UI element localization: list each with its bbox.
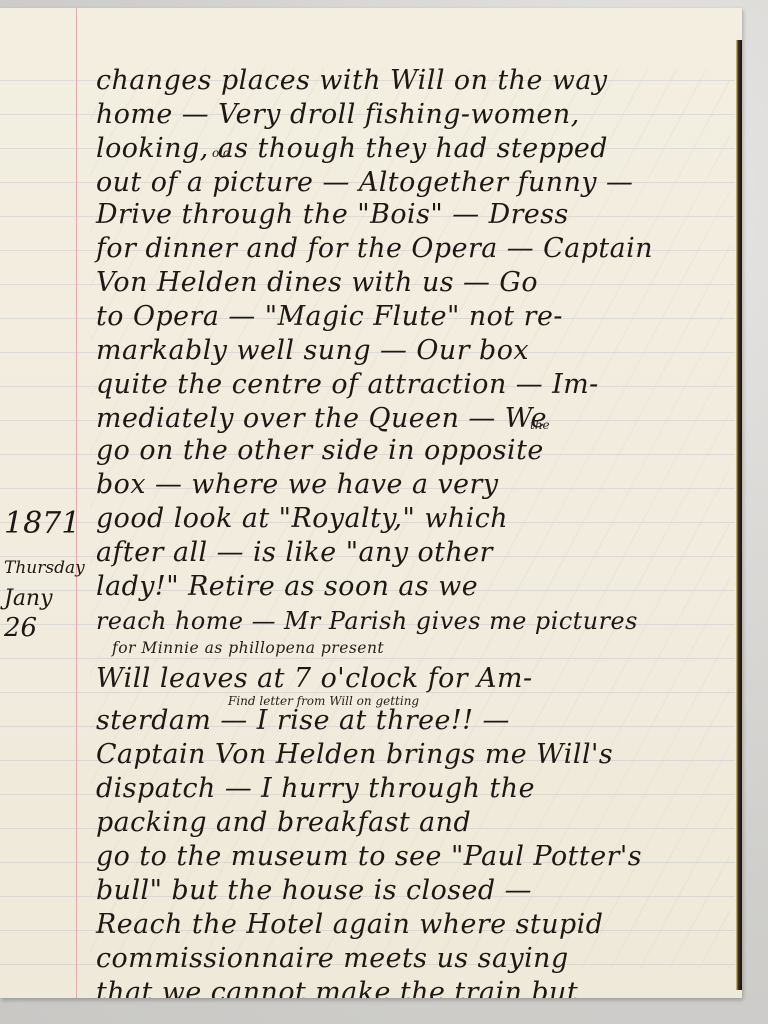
text-line: Captain Von Helden brings me Will's <box>96 738 732 772</box>
text-line: after all — is like "any other <box>96 536 732 570</box>
text-line: Reach the Hotel again where stupid <box>96 908 732 942</box>
text-line: for dinner and for the Opera — Captain <box>96 232 732 266</box>
text-line: to Opera — "Magic Flute" not re- <box>96 300 732 334</box>
text-line: go to the museum to see "Paul Potter's <box>96 840 732 874</box>
text-line: mediately over the Queen — We <box>96 402 732 436</box>
text-line: go on the other side in opposite <box>96 434 732 468</box>
margin-month: Jany <box>4 586 53 611</box>
interlinear-insert: old <box>212 146 231 160</box>
page-edge <box>736 40 742 990</box>
text-line: reach home — Mr Parish gives me pictures <box>96 604 732 638</box>
text-line: bull" but the house is closed — <box>96 874 732 908</box>
text-line: Drive through the "Bois" — Dress <box>96 198 732 232</box>
text-line: good look at "Royalty," which <box>96 502 732 536</box>
text-line: markably well sung — Our box <box>96 334 732 368</box>
text-line: sterdam — I rise at three!! — <box>96 704 732 738</box>
margin-day-number: 26 <box>4 613 37 643</box>
text-line: packing and breakfast and <box>96 806 732 840</box>
text-line: home — Very droll fishing-women, <box>96 98 732 132</box>
margin-weekday: Thursday <box>4 558 85 578</box>
ruled-line <box>0 658 735 659</box>
text-line: that we cannot make the train but <box>96 976 732 998</box>
text-line: box — where we have a very <box>96 468 732 502</box>
text-line: looking, as though they had stepped <box>96 132 732 166</box>
text-line-small: for Minnie as phillopena present <box>112 638 732 658</box>
text-line: Von Helden dines with us — Go <box>96 266 732 300</box>
text-line: lady!" Retire as soon as we <box>96 570 732 604</box>
text-line: commissionnaire meets us saying <box>96 942 732 976</box>
text-line: out of a picture — Altogether funny — <box>96 166 732 200</box>
text-line: changes places with Will on the way <box>96 64 732 98</box>
text-line: dispatch — I hurry through the <box>96 772 732 806</box>
margin-year: 1871 <box>4 506 80 541</box>
text-line: Will leaves at 7 o'clock for Am- <box>96 662 732 696</box>
margin-rule <box>76 8 77 998</box>
diary-page: 1871 Thursday Jany 26 changes places wit… <box>0 8 742 998</box>
interlinear-insert: the <box>530 418 550 432</box>
text-line: quite the centre of attraction — Im- <box>96 368 732 402</box>
